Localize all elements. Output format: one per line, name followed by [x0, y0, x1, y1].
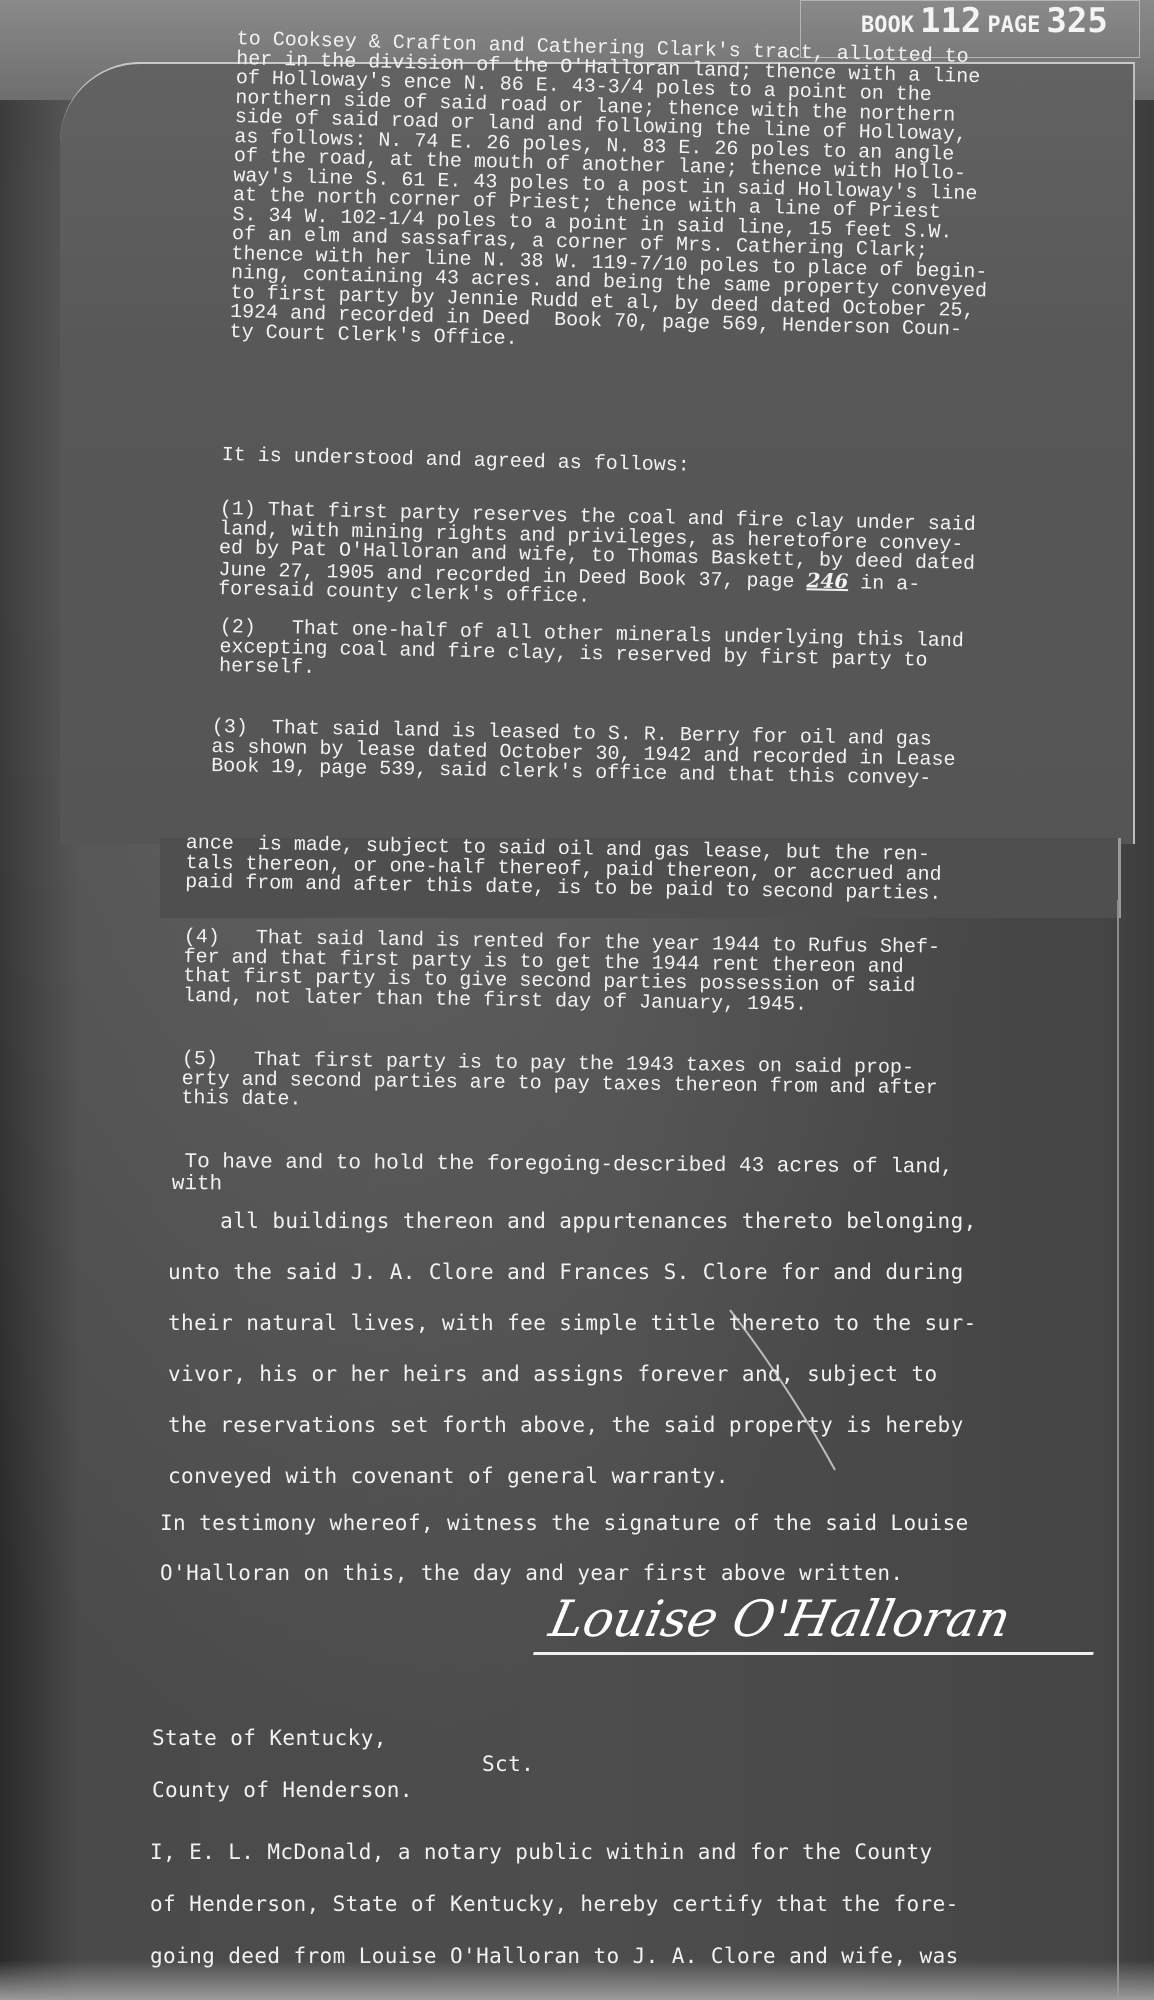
clause-3-lower: ance is made, subject to said oil and ga… — [185, 834, 942, 904]
venue-county: County of Henderson. — [152, 1777, 534, 1803]
clause-line-text: in a- — [848, 572, 920, 597]
clause-5: (5) That first party is to pay the 1943 … — [181, 1050, 938, 1118]
clause-3-upper: (3) That said land is leased to S. R. Be… — [211, 718, 956, 789]
notary-line: going deed from Louise O'Halloran to J. … — [150, 1930, 959, 1982]
habendum-line: all buildings thereon and appurtenances … — [168, 1196, 977, 1247]
margin-rule — [1117, 900, 1119, 2000]
venue-sct: Sct. — [152, 1751, 534, 1777]
page-number: 325 — [1046, 1, 1107, 41]
deed-page: BOOK 112 PAGE 325 to Cooksey & Crafton a… — [0, 0, 1154, 2000]
venue-block: State of Kentucky, Sct. County of Hender… — [152, 1725, 534, 1803]
venue-state: State of Kentucky, — [152, 1725, 534, 1751]
notary-line: I, E. L. McDonald, a notary public withi… — [150, 1826, 959, 1878]
habendum-line: unto the said J. A. Clore and Frances S.… — [168, 1247, 977, 1298]
testimony-clause: In testimony whereof, witness the signat… — [160, 1498, 969, 1598]
clause-1: (1) That first party reserves the coal a… — [218, 500, 976, 615]
clause-4: (4) That said land is rented for the yea… — [183, 928, 940, 1017]
habendum-heading: To have and to hold the foregoing-descri… — [172, 1152, 954, 1201]
book-label: BOOK — [861, 13, 914, 38]
paper-crease-mark — [725, 1305, 865, 1475]
book-number: 112 — [920, 1, 981, 41]
property-description: to Cooksey & Crafton and Cathering Clark… — [229, 30, 993, 360]
handwritten-page-number: 246 — [806, 568, 848, 593]
page-label: PAGE — [987, 13, 1040, 38]
testimony-line: In testimony whereof, witness the signat… — [160, 1498, 969, 1548]
notary-line: of Henderson, State of Kentucky, hereby … — [150, 1878, 959, 1930]
notary-certificate: I, E. L. McDonald, a notary public withi… — [150, 1826, 959, 1982]
signature: Louise O'Halloran — [533, 1590, 1107, 1655]
